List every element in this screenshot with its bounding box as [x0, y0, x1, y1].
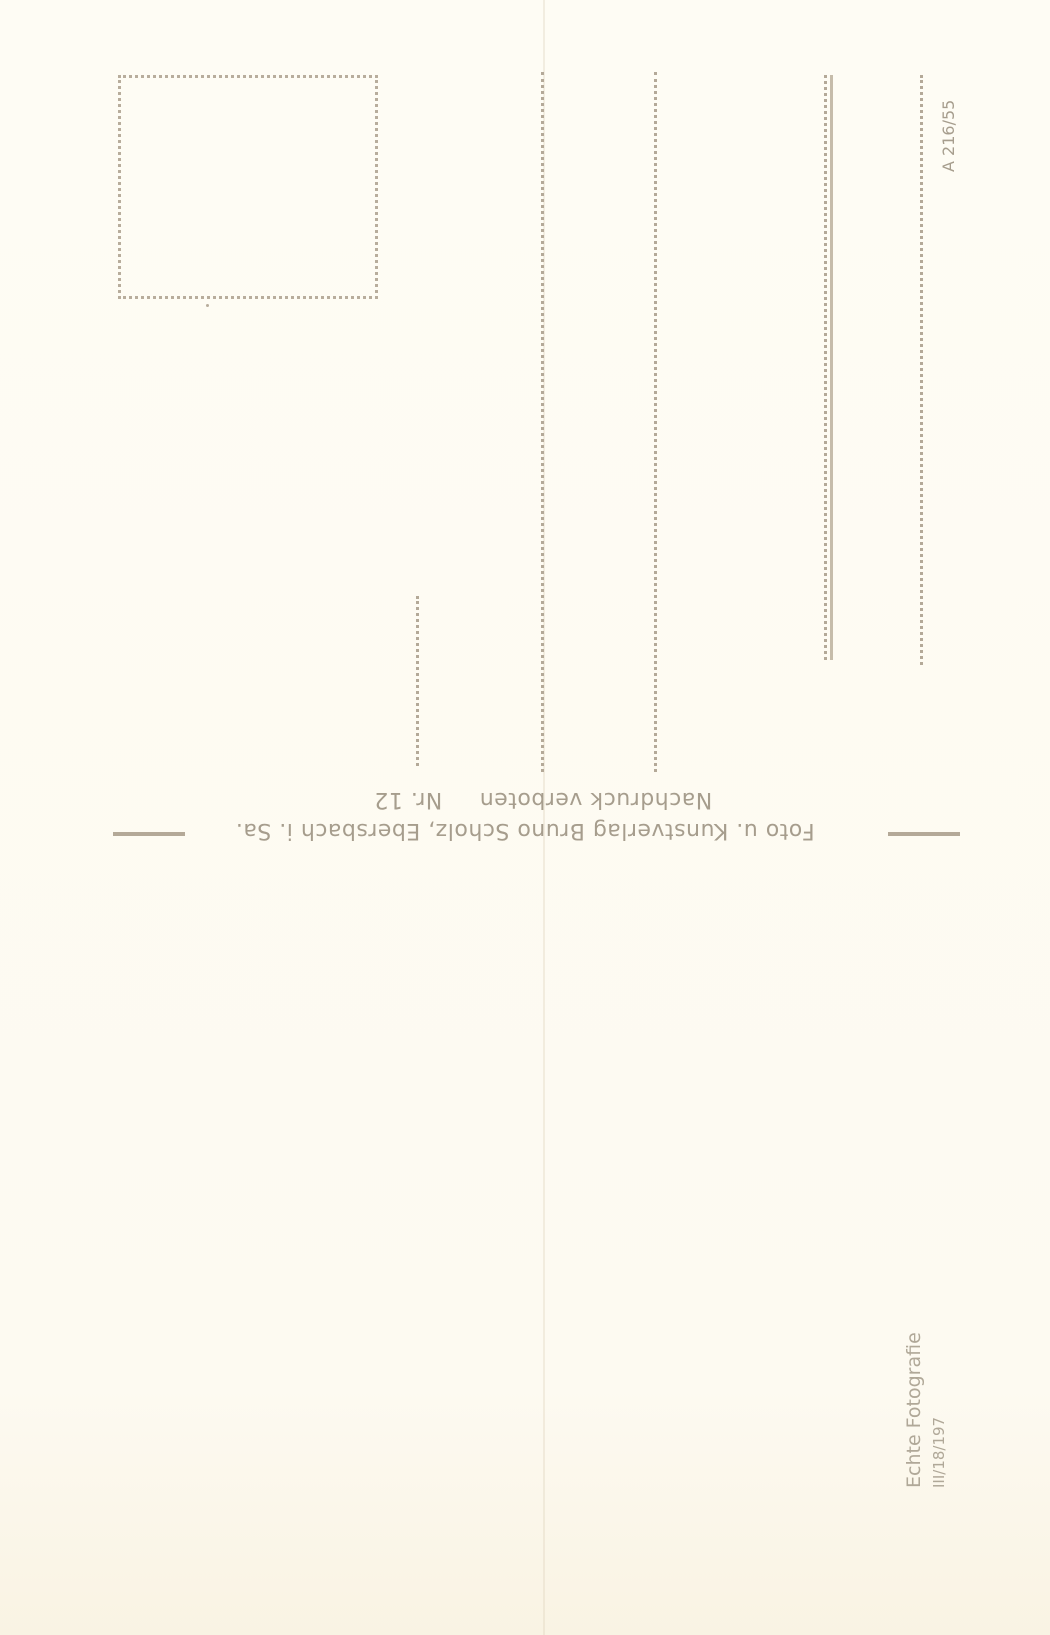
address-line-1 — [654, 72, 657, 772]
reprint-notice: Nachdruck verboten Nr. 12 — [358, 787, 728, 812]
photo-label: Echte Fotografie — [903, 1332, 925, 1488]
stamp-box — [118, 75, 378, 299]
short-dotted-line — [416, 596, 419, 766]
publisher-line: Foto u. Kunstverlag Bruno Scholz, Ebersb… — [180, 818, 870, 843]
divider-line-center — [541, 72, 544, 772]
dash-right — [888, 832, 960, 836]
reprint-text: Nachdruck verboten — [479, 787, 712, 812]
dash-left — [113, 832, 185, 836]
print-code: III/18/197 — [930, 1417, 948, 1488]
address-line-3 — [920, 75, 923, 665]
address-line-2 — [824, 75, 827, 660]
stamp-mark — [206, 304, 209, 307]
card-number: Nr. 12 — [374, 787, 442, 812]
address-line-2-solid — [830, 75, 833, 660]
postcard-back: Foto u. Kunstverlag Bruno Scholz, Ebersb… — [0, 0, 1050, 1635]
catalog-code: A 216/55 — [939, 100, 958, 172]
